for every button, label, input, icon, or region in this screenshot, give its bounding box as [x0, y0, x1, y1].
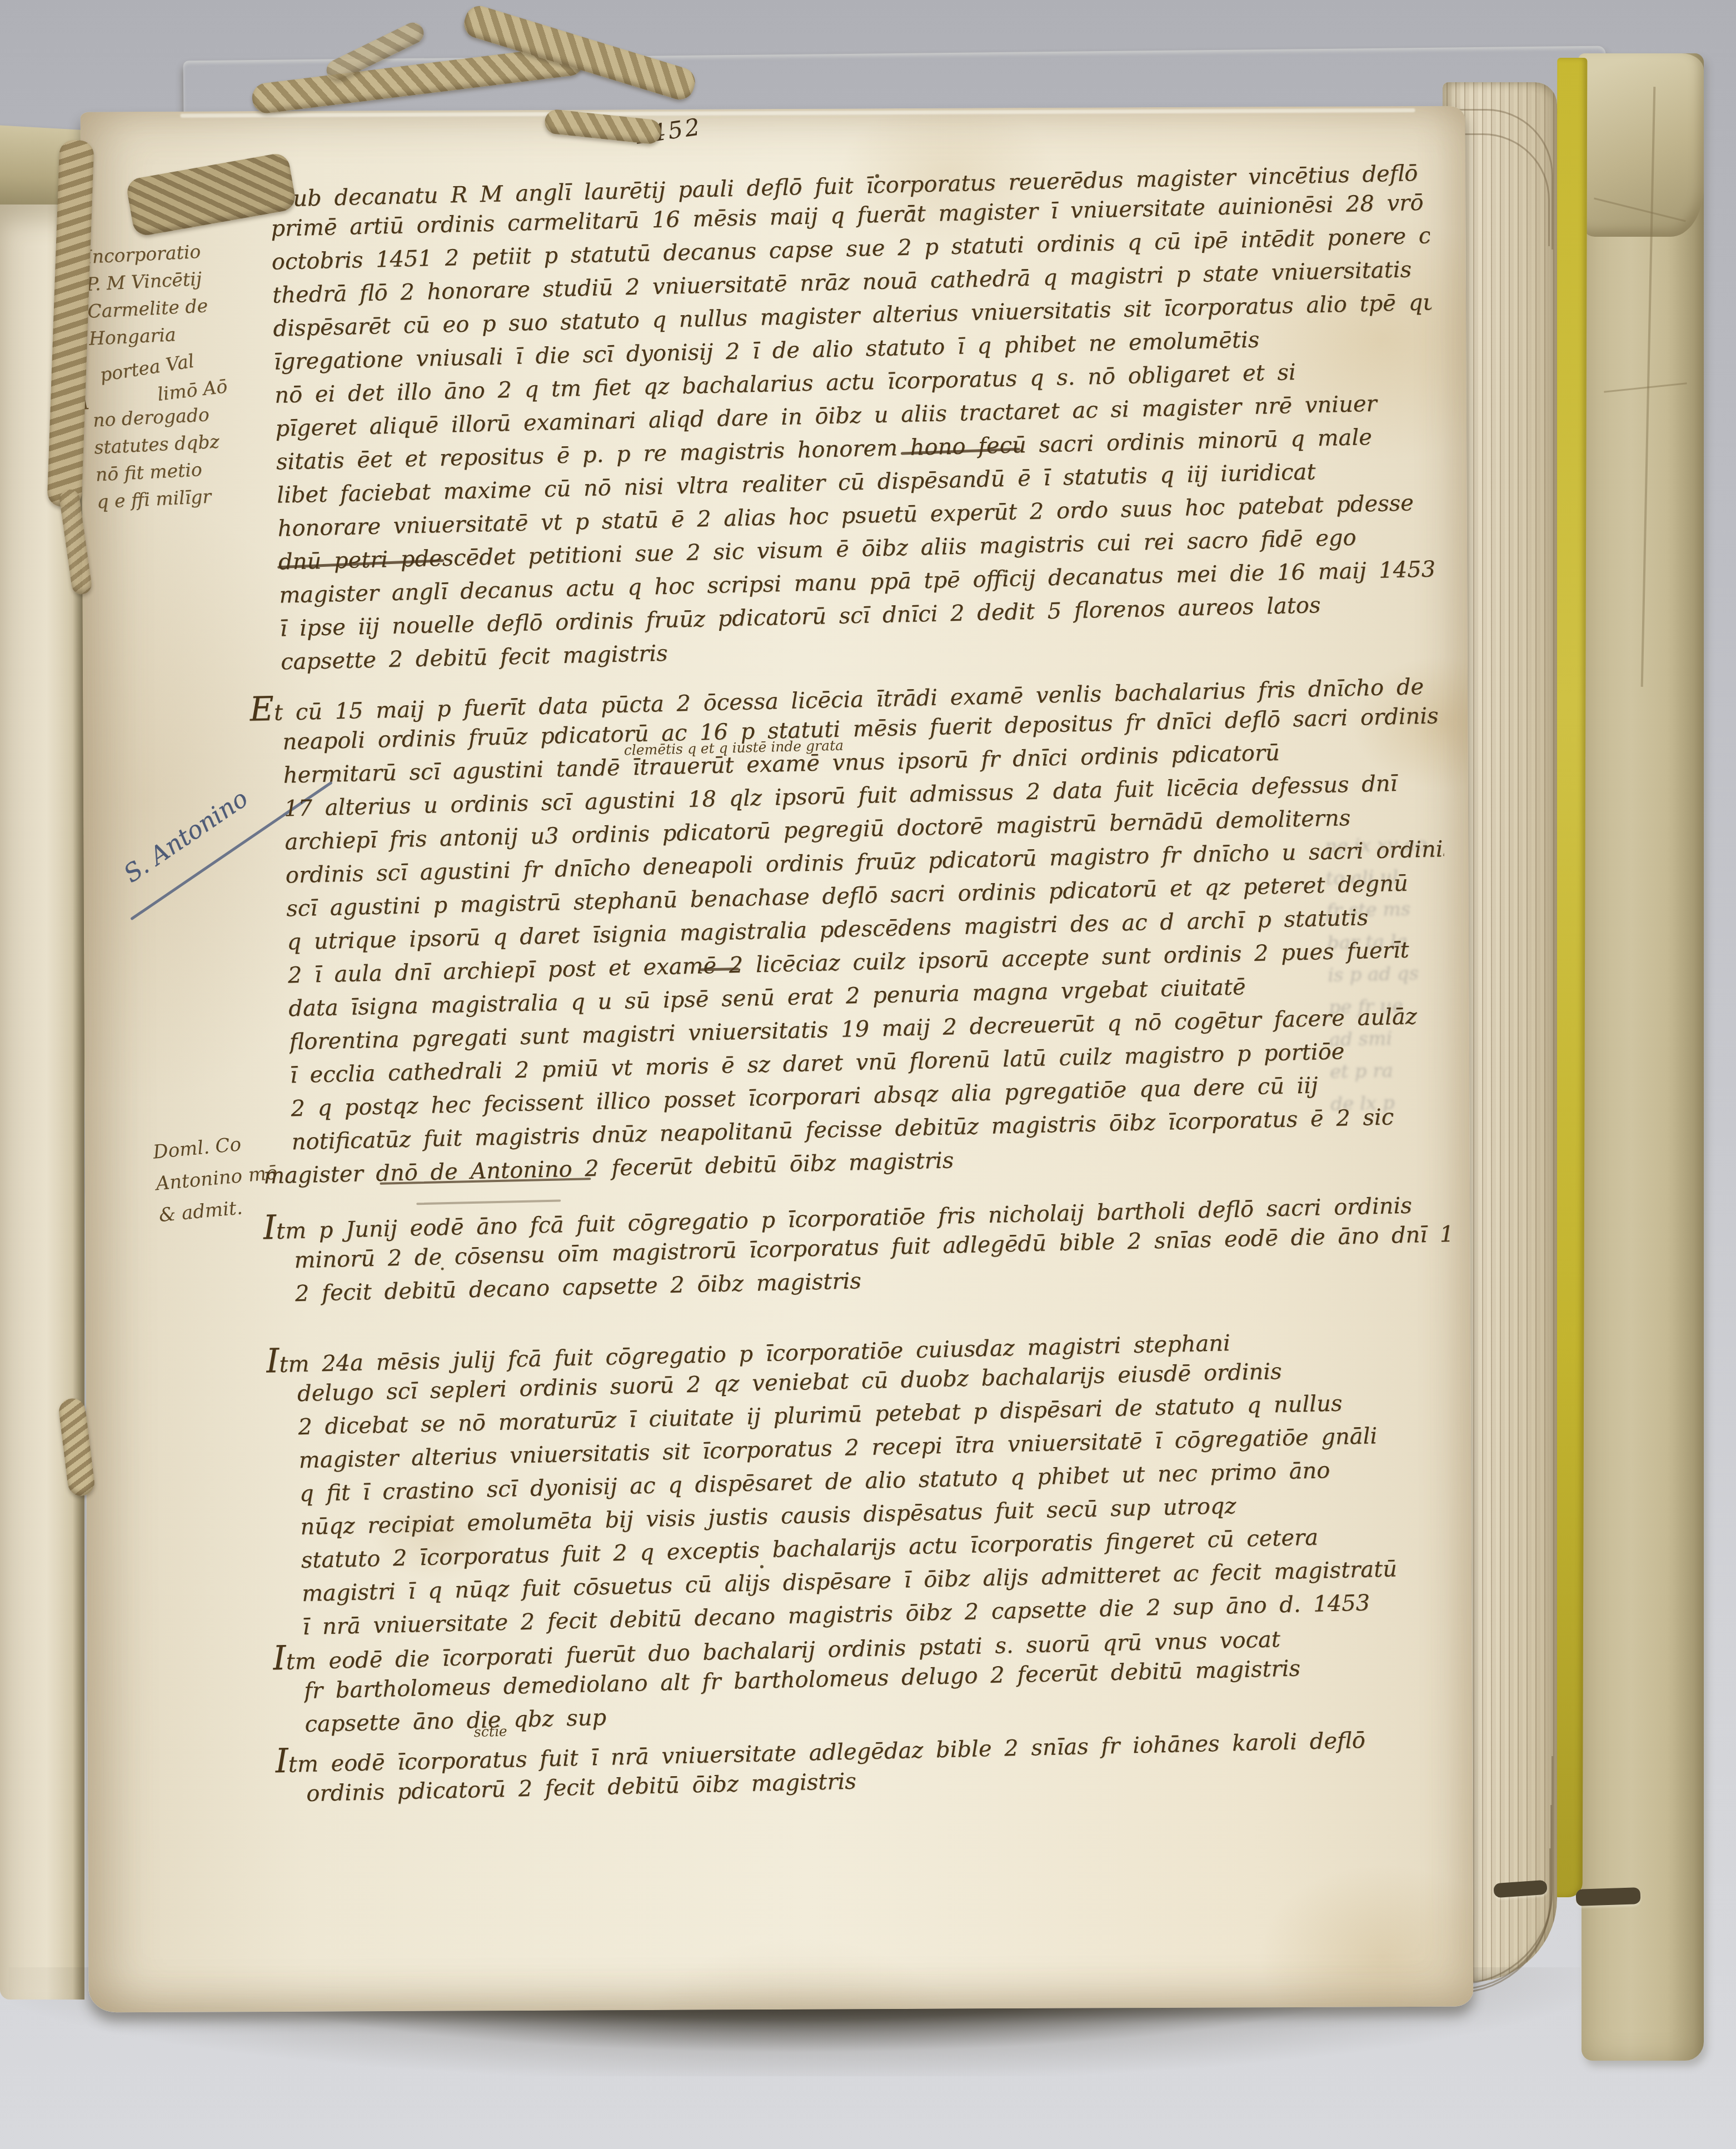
- manuscript-page: ne ix xv aoto ali ulfr ste msbar ta lais…: [81, 106, 1474, 2013]
- yellow-edge-strip: [1553, 58, 1588, 1897]
- paragraph-2: Et cū 15 maij p fuerīt data pūcta 2 ōces…: [281, 666, 1451, 1192]
- interlinear-addition: sctīe: [474, 1723, 507, 1740]
- main-text: 1452 Incorporatio P. M Vincētij Carmelit…: [81, 81, 1513, 2018]
- paragraph-4: Itm 24a mēsis julij fcā fuit cōgregatio …: [296, 1318, 1461, 1644]
- word-underline: [416, 1199, 561, 1205]
- vellum-cover-right: [1582, 53, 1704, 2061]
- clasp-slot: [1576, 1887, 1641, 1906]
- cover-crease: [1604, 382, 1687, 393]
- scanned-manuscript: ne ix xv aoto ali ulfr ste msbar ta lais…: [0, 0, 1736, 2149]
- margin-note-incorporatio: Incorporatio P. M Vincētij Carmelite de …: [84, 234, 292, 516]
- paragraph-1: Sub decanatu R M anglī laurētij pauli de…: [270, 152, 1439, 679]
